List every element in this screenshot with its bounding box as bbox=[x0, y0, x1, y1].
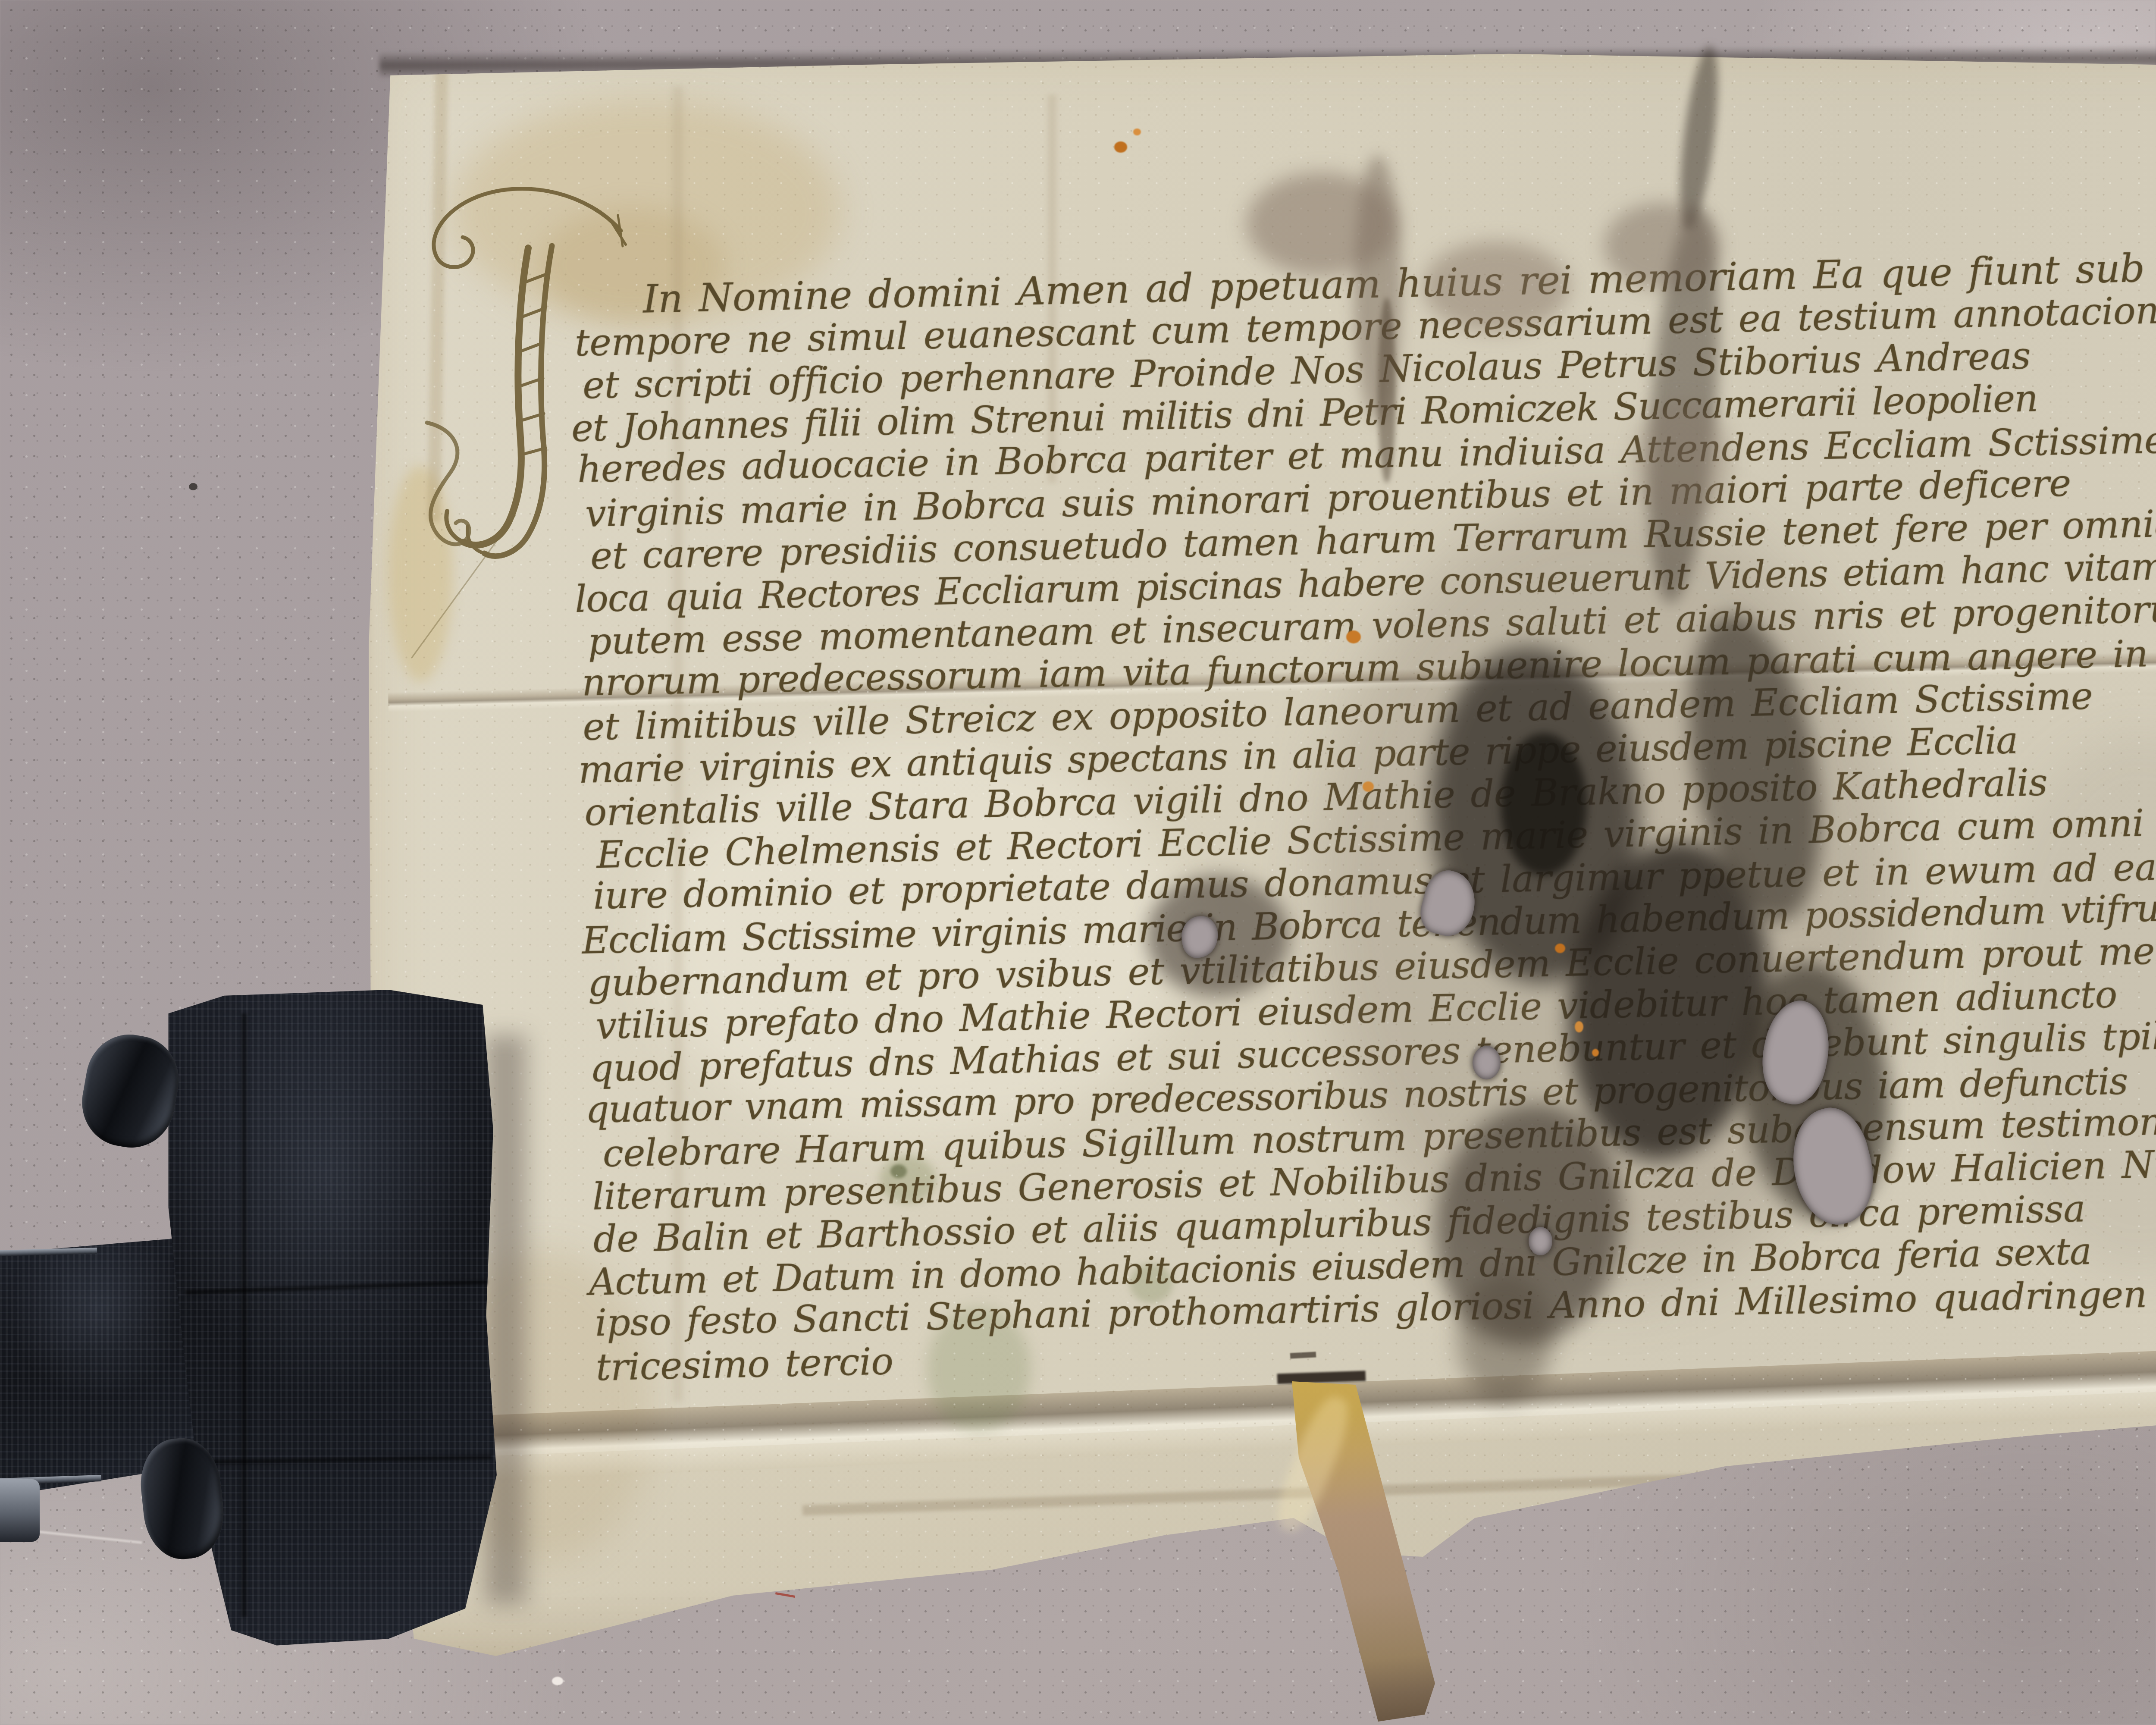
decorated-initial-I bbox=[386, 170, 627, 671]
photo-of-medieval-charter: { "manuscript": { "language": "latin", "… bbox=[0, 0, 2156, 1725]
board-speck bbox=[189, 483, 197, 490]
left-clamp-metal-glint bbox=[0, 1479, 40, 1542]
left-clamp-seam bbox=[241, 1013, 247, 1617]
hole bbox=[1529, 1227, 1552, 1255]
board-bright-speck bbox=[552, 1677, 563, 1685]
hole bbox=[1473, 1046, 1501, 1079]
